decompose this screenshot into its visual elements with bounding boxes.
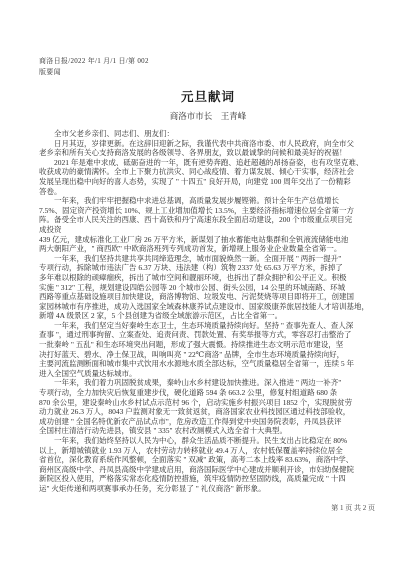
- masthead: 商洛日报/2022 年/1 月/1 日/第 002 版要闻: [39, 56, 377, 78]
- document-content: 商洛日报/2022 年/1 月/1 日/第 002 版要闻 元旦献词 商洛市市长…: [39, 56, 377, 513]
- paragraph: 全市父老乡亲们、同志们、朋友们：: [39, 129, 377, 139]
- paragraph: 一年来，我们始终坚持以人民为中心，群众生活品质不断提升。民生支出占比稳定在 80…: [39, 436, 377, 494]
- document-page: 商洛日报/2022 年/1 月/1 日/第 002 版要闻 元旦献词 商洛市市长…: [0, 0, 410, 580]
- paragraph: 2021 年是难中求成、砥砺奋进的一年，既有逆势奔跑、追赶超越的昂扬奋姿，也有攻…: [39, 158, 377, 196]
- page-number-indicator: 第 1 页 共 2 页: [39, 503, 377, 513]
- newspaper-source-line: 商洛日报/2022 年/1 月/1 日/第 002: [39, 56, 377, 67]
- byline: 商洛市市长 王青峰: [39, 111, 377, 122]
- article-title: 元旦献词: [39, 90, 377, 104]
- newspaper-section-line: 版要闻: [39, 67, 377, 78]
- paragraph: 一年来，我们坚定当好秦岭生态卫士，生态环境质量持续向好。坚持 " 查事先查人、查…: [39, 321, 377, 379]
- article-body: 全市父老乡亲们、同志们、朋友们： 日月其迈，岁律更新。在这辞旧迎新之际，我谨代表…: [39, 129, 377, 494]
- paragraph: 日月其迈，岁律更新。在这辞旧迎新之际，我谨代表中共商洛市委、市人民政府，向全市父…: [39, 139, 377, 158]
- paragraph: 一年来，我们坚持共建共享共同缔造理念，城市面貌焕然一新。全面开展 " 两拆一提升…: [39, 254, 377, 321]
- paragraph: 一年来，我们着力巩固脱贫成果，秦岭山水乡村建设加快推进。深入推进 " 两边一补齐…: [39, 378, 377, 436]
- paragraph: 一年来，我们牢牢把握稳中求进总基调，高质量发展步履铿锵。预计全年生产总值增长 7…: [39, 196, 377, 254]
